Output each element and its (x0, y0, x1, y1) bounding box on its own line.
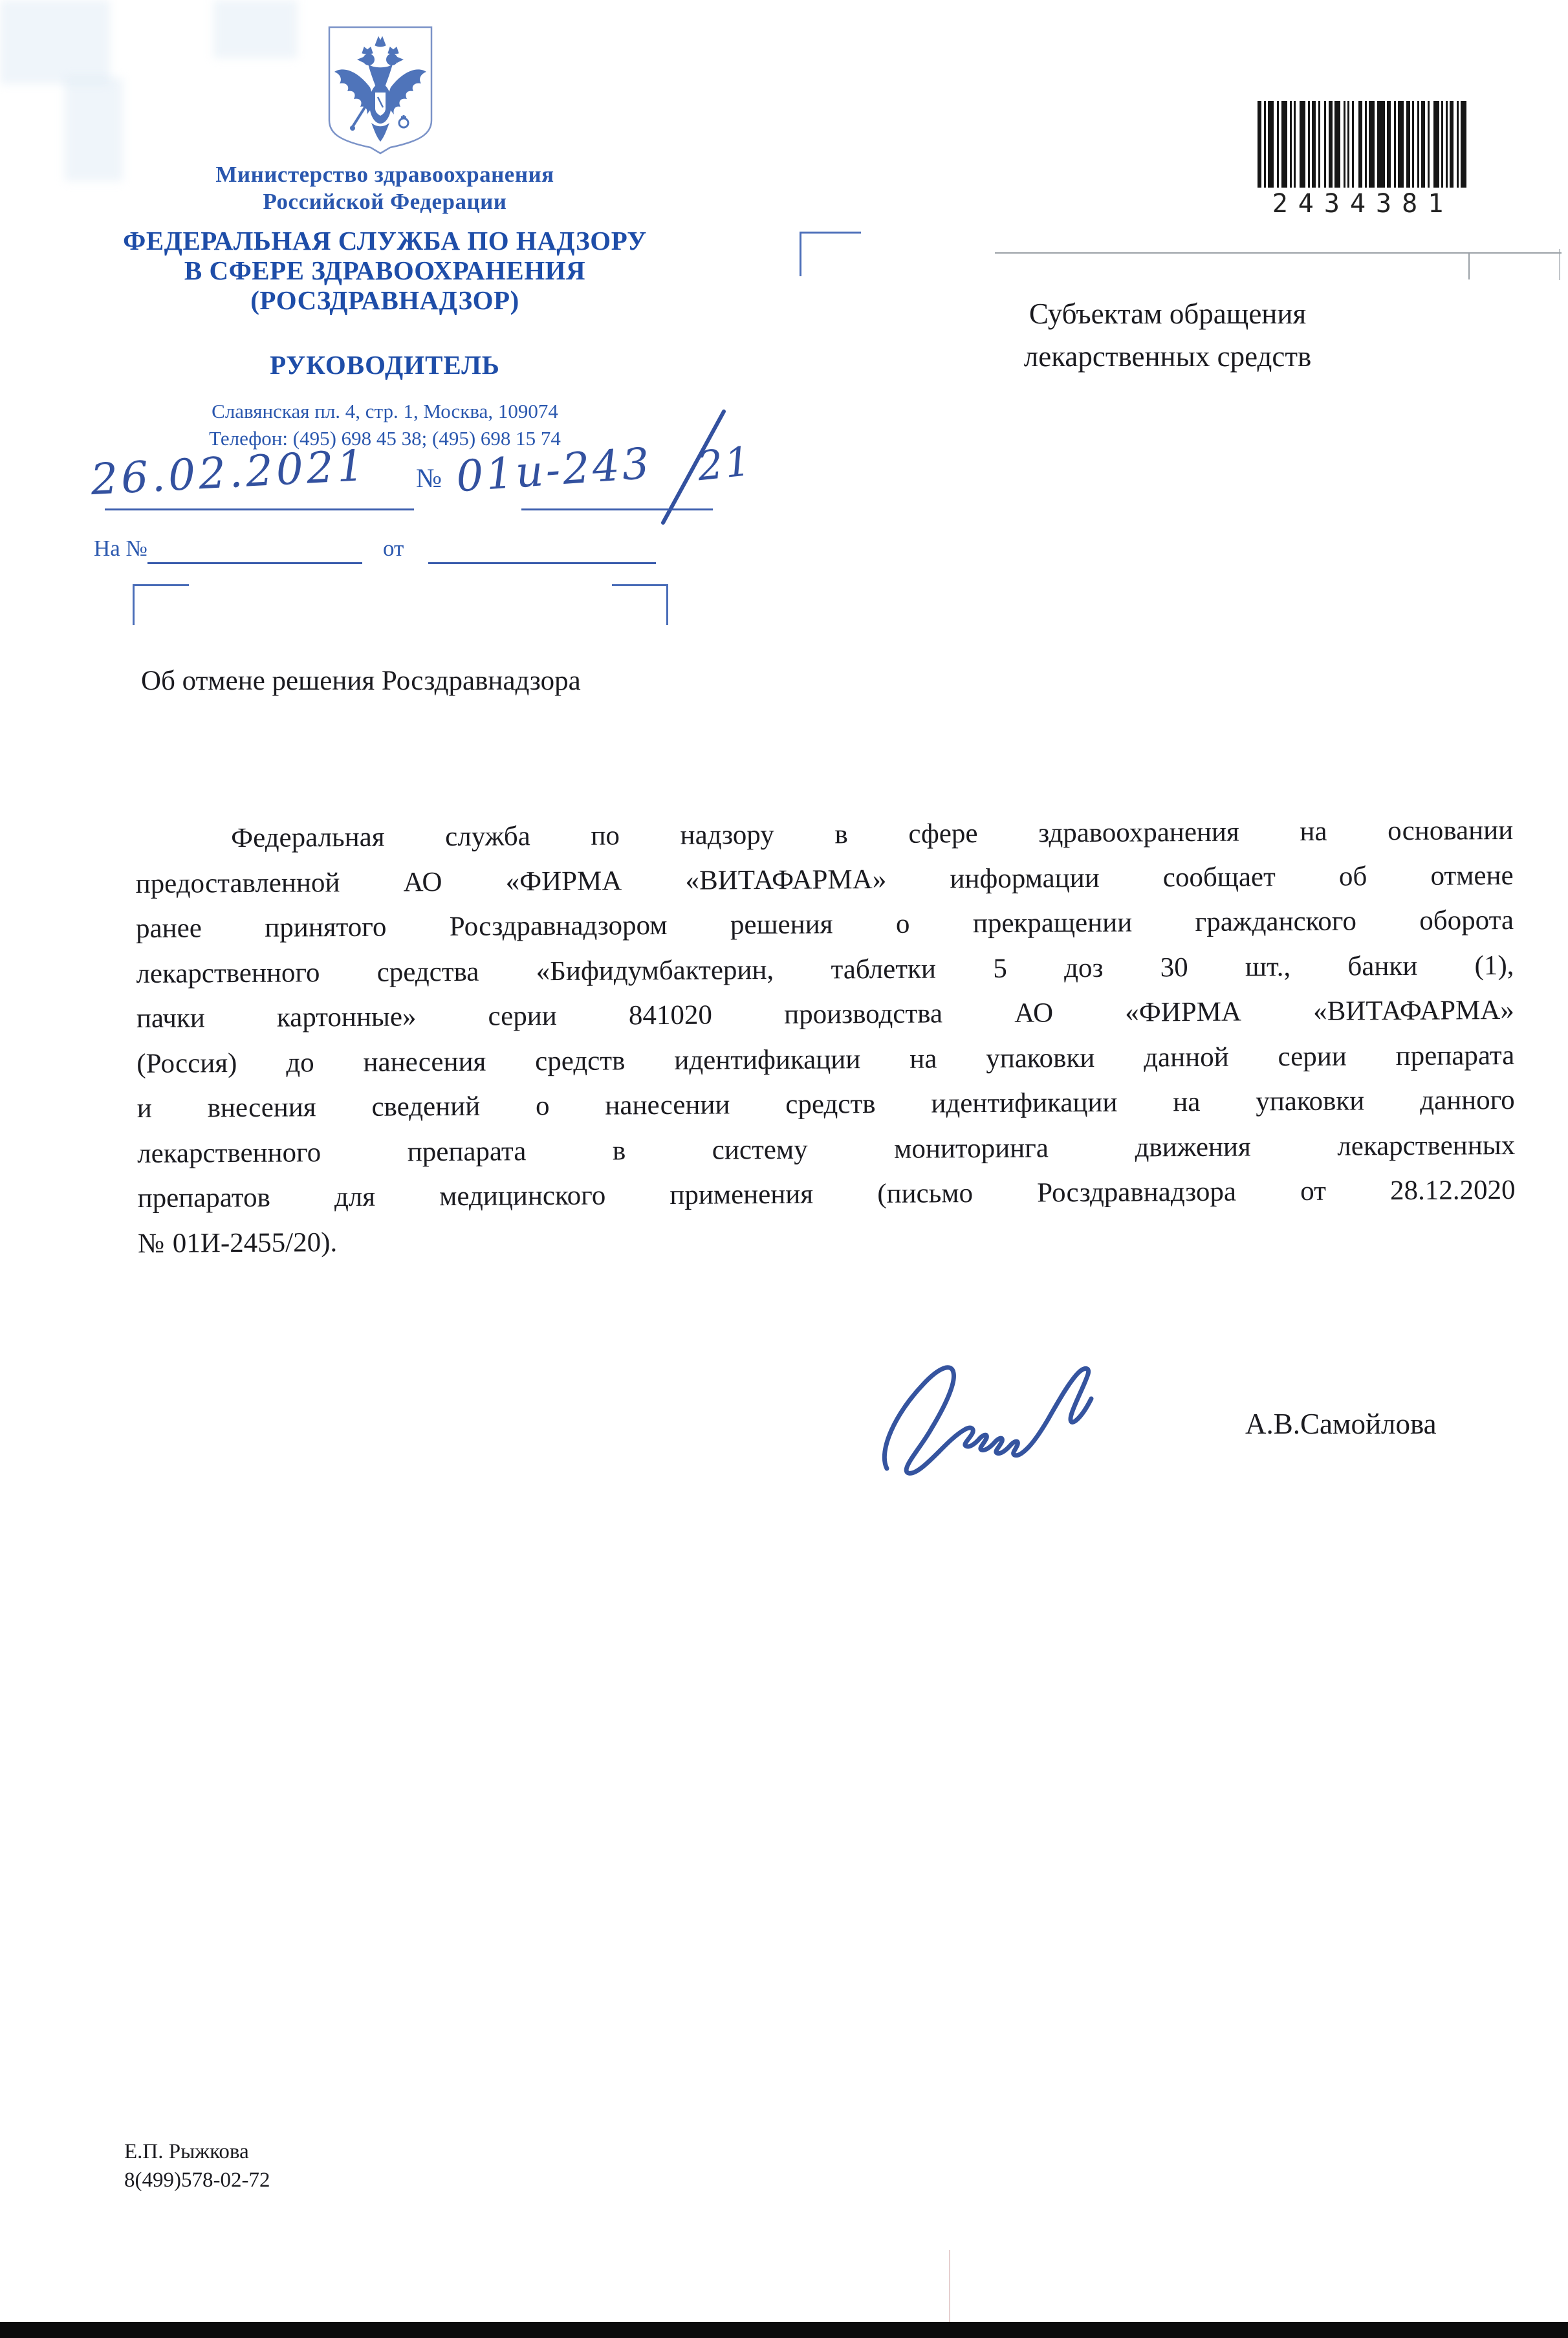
reply-from-label: от (383, 536, 404, 562)
ministry-name-line2: Российской Федерации (84, 189, 686, 215)
handwritten-number-suffix: 21 (695, 437, 754, 490)
address-line: Славянская пл. 4, стр. 1, Москва, 109074 (84, 400, 686, 423)
body-line: пачки картонные» серии 841020 производст… (136, 988, 1514, 1042)
russia-coat-of-arms-icon (325, 25, 435, 157)
executor-phone: 8(499)578-02-72 (124, 2166, 270, 2194)
scan-edge-tick (1468, 252, 1470, 279)
reply-number-blank (147, 562, 362, 564)
ministry-name-line1: Министерство здравоохранения (84, 162, 686, 188)
scan-blot (213, 0, 298, 58)
scanned-letter-page: Министерство здравоохранения Российской … (0, 0, 1568, 2338)
number-sign: № (416, 463, 442, 494)
body-line: лекарственного препарата в систему монит… (137, 1122, 1515, 1176)
scan-blot (0, 0, 110, 84)
service-name-line2: В СФЕРЕ ЗДРАВООХРАНЕНИЯ (84, 255, 686, 286)
signatory-name: А.В.Самойлова (1245, 1407, 1437, 1441)
body-line: ранее принятого Росздравнадзором решения… (136, 898, 1514, 952)
corner-bracket-top-right (612, 584, 668, 625)
subject-line: Об отмене решения Росздравнадзора (141, 665, 581, 697)
body-line: предоставленной АО «ФИРМА «ВИТАФАРМА» ин… (135, 853, 1513, 906)
body-paragraph: Федеральная служба по надзору в сфере зд… (135, 808, 1516, 1266)
barcode-bars (1255, 101, 1471, 188)
reply-date-blank (428, 562, 656, 564)
date-underline (105, 508, 414, 510)
scan-edge-tick-right (1559, 249, 1560, 280)
body-line: Федеральная служба по надзору в сфере зд… (135, 808, 1513, 862)
scan-streak (949, 2250, 950, 2322)
barcode-digits: 2434381 (1255, 189, 1471, 219)
signature-scribble (870, 1313, 1213, 1501)
number-underline (521, 508, 713, 510)
body-line: и внесения сведений о нанесении средств … (137, 1078, 1515, 1131)
addressee-corner-bracket (800, 232, 861, 276)
executor-block: Е.П. Рыжкова 8(499)578-02-72 (124, 2137, 270, 2194)
position-title: РУКОВОДИТЕЛЬ (84, 349, 686, 380)
body-line: лекарственного средства «Бифидумбактерин… (136, 943, 1514, 996)
body-line: препаратов для медицинского применения (… (137, 1168, 1515, 1221)
scan-edge-line-horizontal (995, 252, 1562, 254)
corner-bracket-top-left (133, 584, 189, 625)
scan-black-bar (0, 2322, 1568, 2338)
addressee-line2: лекарственных средств (925, 335, 1410, 378)
addressee-line1: Субъектам обращения (925, 292, 1410, 335)
reply-to-label: На № (94, 536, 147, 562)
executor-name: Е.П. Рыжкова (124, 2137, 270, 2166)
service-name-line1: ФЕДЕРАЛЬНАЯ СЛУЖБА ПО НАДЗОРУ (84, 225, 686, 256)
barcode: 2434381 (1255, 101, 1471, 219)
service-name-line3: (РОСЗДРАВНАДЗОР) (84, 285, 686, 316)
body-line: № 01И-2455/20). (138, 1212, 1516, 1266)
body-line: (Россия) до нанесения средств идентифика… (136, 1032, 1514, 1086)
